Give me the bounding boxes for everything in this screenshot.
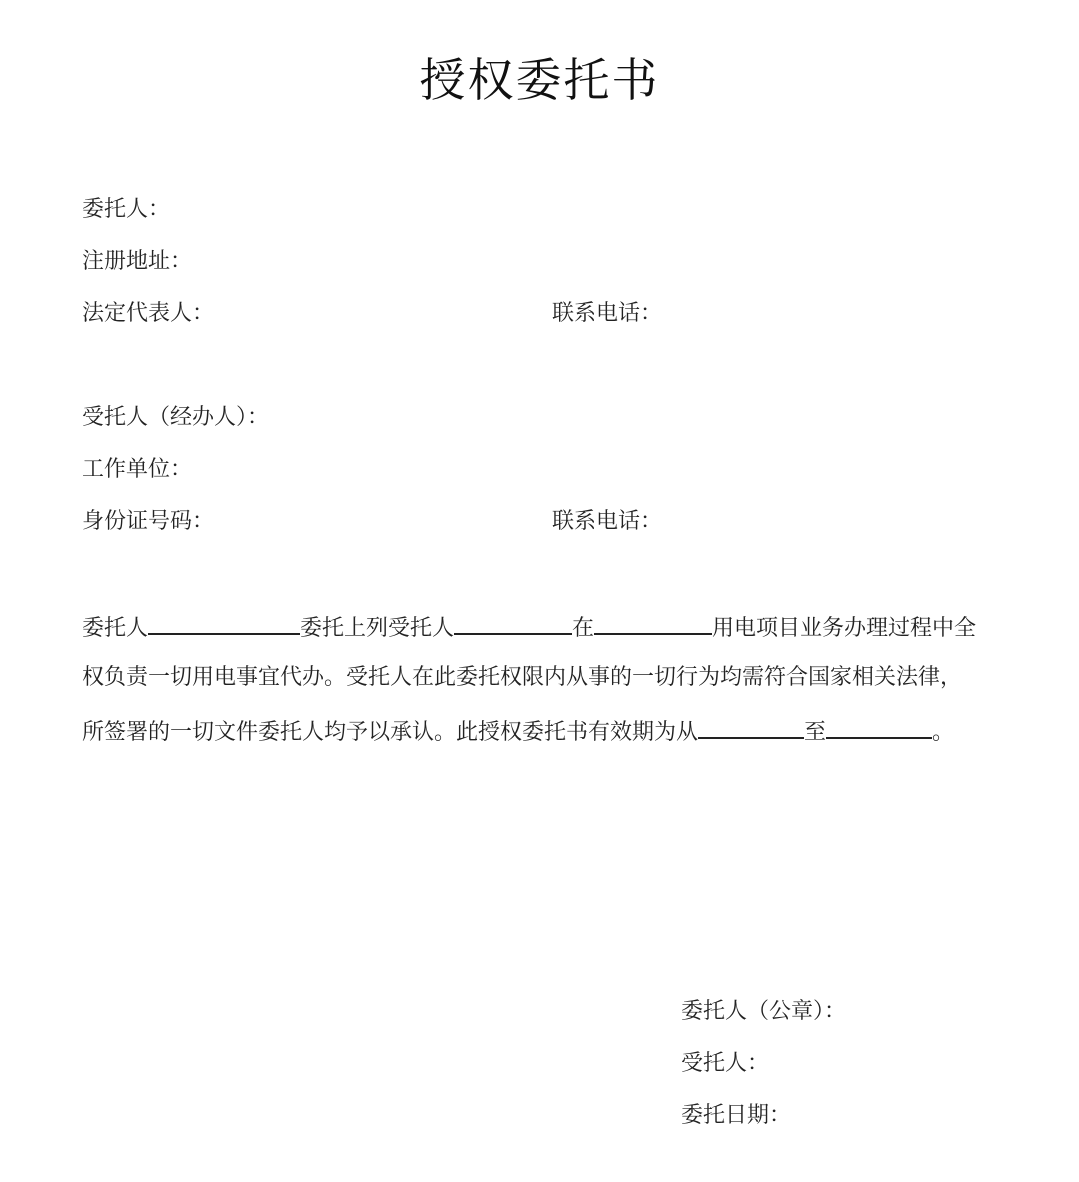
paragraph-line-3: 所签署的一切文件委托人均予以承认。此授权委托书有效期为从至。 xyxy=(82,715,954,748)
agent-name-blank[interactable] xyxy=(454,611,572,635)
text-entrust-agent: 委托上列受托人 xyxy=(300,616,454,641)
valid-from-blank[interactable] xyxy=(698,715,804,739)
text-at: 在 xyxy=(572,616,594,641)
text-principal: 委托人 xyxy=(82,616,148,641)
paragraph-line-2: 权负责一切用电事宜代办。受托人在此委托权限内从事的一切行为均需符合国家相关法律， xyxy=(82,663,962,693)
work-unit-label: 工作单位： xyxy=(82,455,192,485)
id-number-label: 身份证号码： xyxy=(82,507,214,537)
agent-label: 受托人（经办人）： xyxy=(82,403,269,433)
principal-seal-label: 委托人（公章）： xyxy=(681,997,846,1027)
principal-name-blank[interactable] xyxy=(148,611,300,635)
text-validity: 所签署的一切文件委托人均予以承认。此授权委托书有效期为从 xyxy=(82,720,698,745)
principal-label: 委托人： xyxy=(82,195,170,225)
signature-agent-label: 受托人： xyxy=(681,1049,769,1079)
agent-contact-phone-label: 联系电话： xyxy=(552,507,662,537)
text-period: 。 xyxy=(932,720,954,745)
paragraph-line-1: 委托人委托上列受托人在用电项目业务办理过程中全 xyxy=(82,611,976,644)
principal-contact-phone-label: 联系电话： xyxy=(552,299,662,329)
authorization-date-label: 委托日期： xyxy=(681,1101,791,1131)
valid-to-blank[interactable] xyxy=(826,715,932,739)
registered-address-label: 注册地址： xyxy=(82,247,192,277)
project-location-blank[interactable] xyxy=(594,611,712,635)
text-project-business: 用电项目业务办理过程中全 xyxy=(712,616,976,641)
text-to: 至 xyxy=(804,720,826,745)
document-title: 授权委托书 xyxy=(0,44,1079,110)
legal-representative-label: 法定代表人： xyxy=(82,299,214,329)
